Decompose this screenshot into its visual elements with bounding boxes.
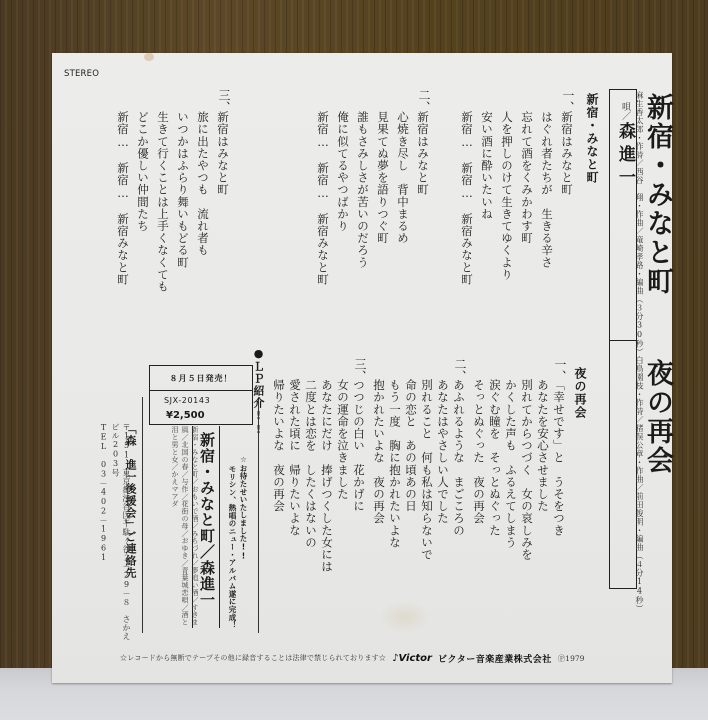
lyric-line: いつかはふらり舞いもどる町	[173, 111, 193, 268]
singer-box-lower	[609, 339, 637, 589]
lyric-line: 人を押しのけて生きてゆくより	[497, 111, 517, 280]
copyright-notice: ☆レコードから無断でテープその他に録音することは法律で禁じられております☆	[120, 653, 386, 663]
song1-lyrics-heading: 新宿・みなと町	[584, 93, 601, 184]
lyric-line: 忘れて酒をくみかわす町	[517, 111, 537, 244]
company-name: ビクター音楽産業株式会社	[438, 652, 552, 665]
singer-name: 森進一	[613, 122, 638, 191]
price: ¥2,500	[166, 410, 205, 421]
lp-promo-line1: ☆お待たせいたしました!!	[238, 455, 248, 561]
verse-number: 二、	[416, 89, 433, 113]
copyright-year: Ⓟ1979	[558, 653, 585, 664]
paper-stain	[379, 601, 431, 633]
lyric-line: どこか優しい仲間たち	[133, 111, 153, 232]
catalog-number: SJX-20143	[164, 396, 210, 405]
song2-lyrics-heading: 夜の再会	[572, 367, 589, 419]
fanclub-address: 〒151 東京都渋谷区千駄ヶ谷２－29－８ さかえビル203号	[110, 423, 132, 643]
singer-label: 唄／	[619, 102, 632, 120]
lp-promo-line2: モリシン、熱唱のニュー・アルバム遂に完成！	[227, 465, 237, 629]
fanclub-phone: TEL 03－402－1961	[98, 423, 109, 563]
lyric-line: 新宿はみなと町	[557, 111, 577, 196]
lyric-line: 新宿… 新宿… 新宿みなと町	[113, 111, 133, 285]
verse-number: 三、	[216, 89, 233, 113]
singer-box: 唄／ 森進一	[609, 89, 637, 341]
lyric-line: 抱かれたいよな 夜の再会	[369, 379, 389, 524]
divider-line	[142, 397, 143, 633]
song2-credits: 白鳥園枝・作詩／猪俣公章・作曲／前田俊明・編曲（４分14秒）	[634, 356, 644, 596]
lyric-line: 見果てぬ夢を語りつぐ町	[373, 111, 393, 244]
song2-title: 夜の再会	[642, 359, 672, 475]
release-info-box: ８月５日発売！ SJX-20143 ¥2,500	[149, 365, 253, 425]
lyric-line: 心焼き尽し 背中まるめ	[393, 111, 413, 244]
record-sleeve: STEREO 新宿・みなと町 麻生香太郎・作詩／西谷 翔・作曲／竜崎孝路・編曲（…	[52, 53, 672, 683]
paper-stain	[144, 53, 154, 61]
stereo-label: STEREO	[64, 69, 99, 79]
lyric-line: 安い酒に酔いたいね	[477, 111, 497, 220]
lyric-line: 俺に似てるやつばかり	[333, 111, 353, 232]
verse-number: 一、	[560, 89, 577, 113]
lyric-line: 新宿… 新宿… 新宿みなと町	[313, 111, 333, 285]
lyric-line: 新宿はみなと町	[213, 111, 233, 196]
album-tracklist: 新宿・みなと町／おもいで酒／みちづれ／夢追い酒／すきま風／北国の春／与作／花街の…	[170, 426, 200, 626]
lyric-line: 帰りたいよな 夜の再会	[269, 379, 289, 512]
lyric-line: 旅に出たやつも 流れ者も	[193, 111, 213, 256]
release-date: ８月５日発売！	[150, 366, 252, 391]
lyric-line: 生きて行くことは上手くなくても	[153, 111, 173, 293]
divider-line	[258, 399, 259, 633]
lyric-line: はぐれ者たちが 生きる辛さ	[537, 111, 557, 268]
victor-logo: ♪Victor	[392, 653, 432, 664]
lyric-line: 新宿… 新宿… 新宿みなと町	[457, 111, 477, 285]
lyric-line: 新宿はみなと町	[413, 111, 433, 196]
footer: ☆レコードから無断でテープその他に録音することは法律で禁じられております☆ ♪V…	[120, 651, 680, 665]
lyric-line: そっとぬぐった 夜の再会	[469, 379, 489, 524]
song1-title: 新宿・みなと町	[642, 93, 672, 296]
lyric-line: 誰もさみしさが苦いのだろう	[353, 111, 373, 268]
